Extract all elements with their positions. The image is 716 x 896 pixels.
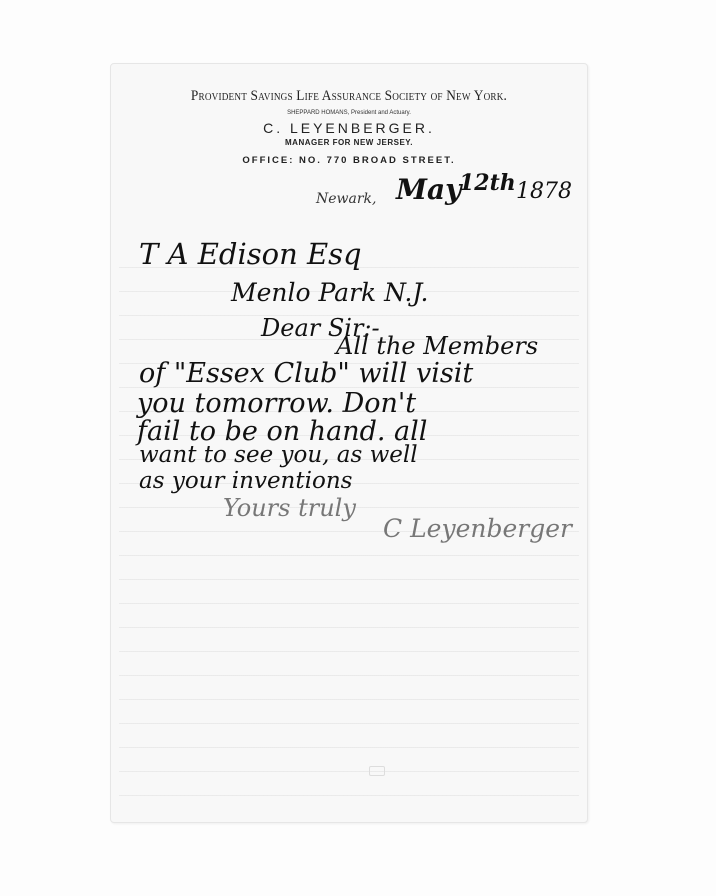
dateline-day: 12th (459, 172, 516, 194)
body-line: as your inventions (139, 470, 352, 493)
recipient-name: T A Edison Esq (139, 240, 362, 269)
recipient-address: Menlo Park N.J. (231, 280, 428, 305)
dateline-place: Newark, (316, 192, 377, 206)
body-line: of "Essex Club" will visit (139, 360, 473, 387)
body-line: you tomorrow. Don't (137, 390, 416, 417)
letterhead-manager-name: C. LEYENBERGER. (111, 120, 587, 136)
body-line: fail to be on hand. all (137, 418, 427, 445)
signature: C Leyenberger (383, 516, 572, 541)
letterhead-manager-title: MANAGER FOR NEW JERSEY. (111, 138, 587, 147)
letterhead-office-address: OFFICE: NO. 770 BROAD STREET. (111, 155, 587, 166)
letterhead-president: SHEPPARD HOMANS, President and Actuary. (111, 110, 587, 116)
letterhead-company: Provident Savings Life Assurance Society… (130, 88, 568, 105)
letter-sheet: Provident Savings Life Assurance Society… (110, 63, 588, 823)
dateline-year: 1878 (516, 181, 572, 203)
archive-mark (369, 766, 385, 776)
closing: Yours truly (223, 496, 356, 520)
dateline-month: May (396, 176, 461, 204)
body-line: want to see you, as well (139, 444, 418, 467)
body-line: All the Members (336, 334, 538, 358)
letterhead: Provident Savings Life Assurance Society… (111, 88, 587, 166)
